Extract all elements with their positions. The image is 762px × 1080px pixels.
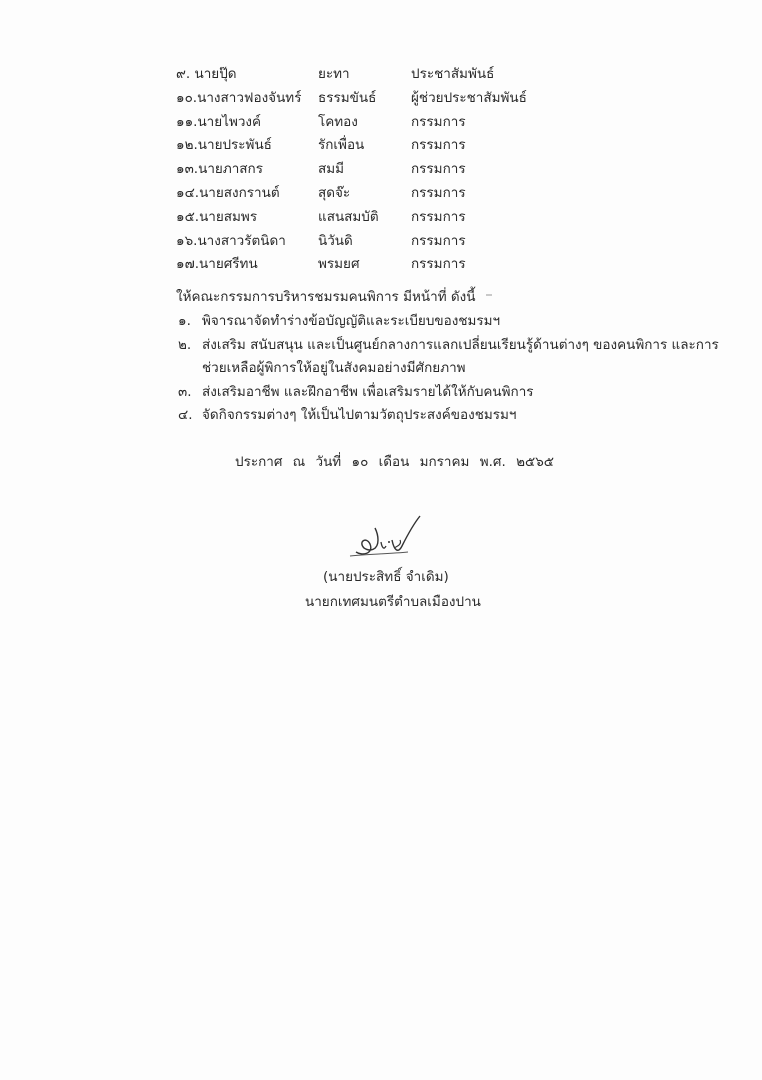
- member-last-name: พรมยศ: [318, 253, 360, 277]
- member-last-name: นิวันดิ: [318, 230, 353, 254]
- member-last-name: สุดจ๊ะ: [318, 182, 350, 206]
- member-role: ผู้ช่วยประชาสัมพันธ์: [411, 87, 527, 111]
- member-number: ๑๕.: [176, 209, 199, 225]
- member-last-name: โคทอง: [318, 111, 358, 135]
- document-page: ๙. นายปุ๊ดยะทาประชาสัมพันธ์๑๐.นางสาวฟองจ…: [0, 0, 762, 1080]
- member-name: นายสงกรานต์: [199, 185, 280, 201]
- duty-number: ๔.: [178, 403, 193, 425]
- member-number: ๑๑.: [176, 114, 197, 130]
- signature-icon: [348, 512, 428, 562]
- member-last-name: รักเพื่อน: [318, 134, 364, 158]
- member-first-name: ๑๒.นายประพันธ์: [176, 134, 272, 158]
- member-last-name: สมมี: [318, 158, 344, 182]
- member-last-name: แสนสมบัติ: [318, 206, 379, 230]
- member-first-name: ๑๖.นางสาวรัตนิดา: [176, 230, 286, 254]
- duty-text: ส่งเสริมอาชีพ และฝึกอาชีพ เพื่อเสริมรายไ…: [202, 380, 534, 402]
- member-number: ๑๓.: [176, 161, 198, 177]
- member-name: นายไพวงค์: [197, 114, 261, 130]
- member-role: กรรมการ: [411, 182, 466, 206]
- signer-title: นายกเทศมนตรีตำบลเมืองปาน: [305, 590, 481, 612]
- duty-text: จัดกิจกรรมต่างๆ ให้เป็นไปตามวัตถุประสงค์…: [202, 403, 517, 425]
- stray-mark: [486, 294, 492, 296]
- member-first-name: ๑๑.นายไพวงค์: [176, 111, 261, 135]
- member-first-name: ๑๐.นางสาวฟองจันทร์: [176, 87, 301, 111]
- member-number: ๑๒.: [176, 137, 198, 153]
- member-number: ๑๗.: [176, 256, 199, 272]
- member-name: นายภาสกร: [198, 161, 263, 177]
- member-number: ๑๔.: [176, 185, 199, 201]
- member-name: นายศรีทน: [199, 256, 258, 272]
- duty-text-continued: ช่วยเหลือผู้พิการให้อยู่ในสังคมอย่างมีศั…: [202, 356, 466, 378]
- member-number: ๙.: [176, 66, 190, 82]
- duty-text: พิจารณาจัดทำร่างข้อบัญญัติและระเบียบของช…: [202, 309, 500, 331]
- member-role: กรรมการ: [411, 206, 466, 230]
- member-first-name: ๑๓.นายภาสกร: [176, 158, 263, 182]
- member-name: นายประพันธ์: [198, 137, 272, 153]
- announcement-date: ประกาศ ณ วันที่ ๑๐ เดือน มกราคม พ.ศ. ๒๕๖…: [235, 450, 554, 472]
- member-name: นายสมพร: [199, 209, 257, 225]
- member-role: กรรมการ: [411, 230, 466, 254]
- member-role: กรรมการ: [411, 158, 466, 182]
- duties-heading: ให้คณะกรรมการบริหารชมรมคนพิการ มีหน้าที่…: [176, 285, 475, 307]
- member-first-name: ๑๗.นายศรีทน: [176, 253, 258, 277]
- member-first-name: ๑๕.นายสมพร: [176, 206, 257, 230]
- member-name: นางสาวฟองจันทร์: [197, 90, 301, 106]
- member-last-name: ธรรมขันธ์: [318, 87, 376, 111]
- member-number: ๑๐.: [176, 90, 197, 106]
- member-role: กรรมการ: [411, 253, 466, 277]
- signer-name: (นายประสิทธิ์ จำเดิม): [323, 565, 449, 587]
- member-role: กรรมการ: [411, 134, 466, 158]
- duty-number: ๒.: [178, 333, 191, 355]
- member-first-name: ๑๔.นายสงกรานต์: [176, 182, 280, 206]
- member-number: ๑๖.: [176, 233, 197, 249]
- duty-number: ๑.: [178, 309, 191, 331]
- member-name: นายปุ๊ด: [194, 66, 236, 82]
- member-first-name: ๙. นายปุ๊ด: [176, 63, 237, 87]
- member-name: นางสาวรัตนิดา: [197, 233, 285, 249]
- member-last-name: ยะทา: [318, 63, 350, 87]
- duty-text: ส่งเสริม สนับสนุน และเป็นศูนย์กลางการแลก…: [202, 333, 719, 355]
- member-role: กรรมการ: [411, 111, 466, 135]
- member-role: ประชาสัมพันธ์: [411, 63, 494, 87]
- duty-number: ๓.: [178, 380, 192, 402]
